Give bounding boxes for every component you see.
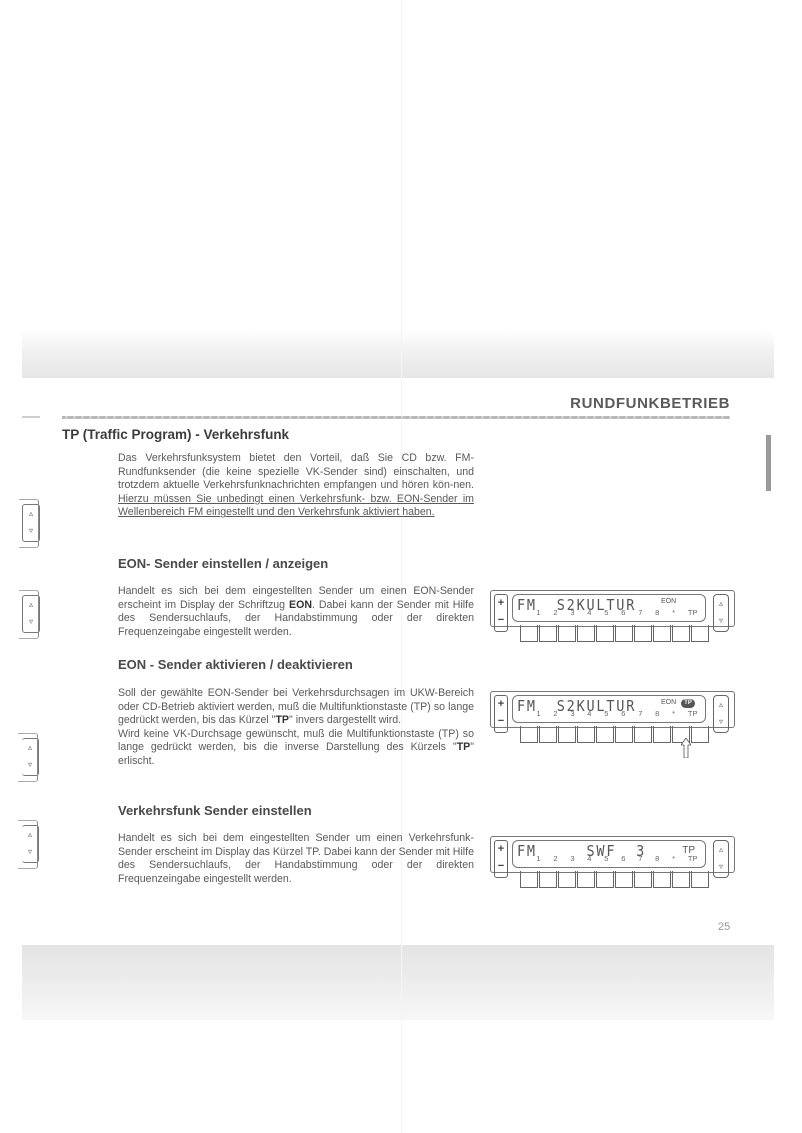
preset-key	[577, 726, 595, 743]
preset-label: 5	[604, 854, 608, 863]
preset-label: 3	[570, 608, 574, 617]
radio-display-tp-inverse: +− FM S2KULTUR EON TP 12345678*TP ▵▿	[490, 691, 735, 753]
paragraph-eon-aktivieren: Soll der gewählte EON-Sender bei Verkehr…	[118, 687, 474, 769]
preset-key	[691, 625, 709, 642]
preset-key	[539, 625, 557, 642]
heading-verkehrsfunk-einstellen: Verkehrsfunk Sender einstellen	[118, 803, 312, 818]
triangle-up-icon: ▵	[22, 826, 38, 843]
preset-key	[539, 726, 557, 743]
preset-label: 1	[536, 854, 540, 863]
header-rule	[62, 416, 730, 419]
radio-display-tp: +− FM SWF 3 TP 12345678*TP ▵▿	[490, 836, 735, 898]
side-updown-button-1: ▵ ▿	[22, 504, 40, 542]
preset-key	[672, 625, 690, 642]
intro-underlined-text: Hierzu müssen Sie unbedingt einen Verkeh…	[118, 493, 474, 519]
triangle-down-icon: ▿	[714, 713, 728, 730]
seek-updown-button: ▵▿	[713, 594, 729, 632]
preset-label: *	[672, 709, 675, 718]
triangle-down-icon: ▿	[22, 756, 38, 773]
preset-label: 5	[604, 608, 608, 617]
preset-key	[596, 625, 614, 642]
preset-label: TP	[688, 608, 698, 617]
preset-label: 4	[587, 854, 591, 863]
preset-label: 4	[587, 709, 591, 718]
preset-key	[558, 726, 576, 743]
preset-key	[653, 871, 671, 888]
preset-key	[615, 726, 633, 743]
preset-label: 1	[536, 608, 540, 617]
preset-labels: 12345678*TP	[512, 854, 704, 863]
preset-label: 4	[587, 608, 591, 617]
heading-eon-einstellen: EON- Sender einstellen / anzeigen	[118, 556, 328, 571]
preset-label: 8	[655, 709, 659, 718]
preset-label: 7	[638, 709, 642, 718]
preset-label: 2	[553, 709, 557, 718]
triangle-up-icon: ▵	[714, 595, 728, 612]
preset-labels: 12345678*TP	[512, 709, 704, 718]
preset-key	[520, 871, 538, 888]
intro-paragraph: Das Verkehrsfunksystem bietet den Vortei…	[118, 452, 474, 520]
preset-label: 7	[638, 608, 642, 617]
radio-display-eon: +− FM S2KULTUR EON 12345678*TP ▵▿	[490, 590, 735, 652]
chapter-tab-marker	[766, 435, 771, 491]
preset-key	[653, 726, 671, 743]
scan-shadow-bottom	[22, 945, 774, 1020]
minus-icon: −	[495, 612, 507, 629]
preset-key	[539, 871, 557, 888]
paragraph-verkehrsfunk-einstellen: Handelt es sich bei dem eingestellten Se…	[118, 832, 474, 886]
plus-icon: +	[495, 841, 507, 858]
preset-key	[615, 625, 633, 642]
preset-key	[691, 871, 709, 888]
tp-inverse-indicator: TP	[681, 699, 695, 708]
volume-plus-minus-button: +−	[494, 695, 508, 733]
text: " invers dargestellt wird.	[289, 714, 401, 726]
triangle-up-icon: ▵	[23, 596, 39, 613]
preset-key	[653, 625, 671, 642]
preset-key	[634, 871, 652, 888]
preset-label: 7	[638, 854, 642, 863]
preset-label: 2	[553, 854, 557, 863]
preset-label: *	[672, 854, 675, 863]
preset-keys	[520, 625, 710, 642]
preset-key	[558, 871, 576, 888]
seek-updown-button: ▵▿	[713, 695, 729, 733]
eon-indicator: EON	[661, 598, 676, 605]
page-title: TP (Traffic Program) - Verkehrsfunk	[62, 427, 289, 442]
preset-key	[634, 625, 652, 642]
preset-label: 2	[553, 608, 557, 617]
triangle-up-icon: ▵	[714, 841, 728, 858]
text: Handelt es sich bei dem eingestellten Se…	[118, 832, 474, 885]
bold-tp: TP	[457, 741, 471, 753]
triangle-down-icon: ▿	[714, 858, 728, 875]
preset-key	[520, 726, 538, 743]
preset-label: *	[672, 608, 675, 617]
section-header: RUNDFUNKBETRIEB	[570, 395, 730, 412]
plus-icon: +	[495, 696, 507, 713]
preset-label: 1	[536, 709, 540, 718]
preset-key	[577, 871, 595, 888]
preset-label: TP	[688, 709, 698, 718]
preset-key	[577, 625, 595, 642]
preset-key	[615, 871, 633, 888]
header-rule-left	[22, 416, 40, 418]
arrow-up-icon	[681, 738, 691, 758]
volume-plus-minus-button: +−	[494, 840, 508, 878]
preset-key	[596, 726, 614, 743]
preset-key	[672, 871, 690, 888]
triangle-up-icon: ▵	[23, 505, 39, 522]
preset-label: 8	[655, 608, 659, 617]
minus-icon: −	[495, 713, 507, 730]
paragraph-eon-einstellen: Handelt es sich bei dem eingestellten Se…	[118, 585, 474, 639]
intro-text: Das Verkehrsfunksystem bietet den Vortei…	[118, 452, 474, 491]
preset-key	[558, 625, 576, 642]
preset-label: 6	[621, 854, 625, 863]
triangle-down-icon: ▿	[23, 613, 39, 630]
plus-icon: +	[495, 595, 507, 612]
preset-label: 6	[621, 709, 625, 718]
volume-plus-minus-button: +−	[494, 594, 508, 632]
eon-indicator: EON	[661, 699, 676, 706]
preset-keys	[520, 871, 710, 888]
side-updown-button-2: ▵ ▿	[22, 595, 40, 633]
bold-eon: EON	[289, 599, 312, 611]
scan-shadow-top	[22, 330, 774, 378]
preset-label: 3	[570, 854, 574, 863]
preset-labels: 12345678*TP	[512, 608, 704, 617]
heading-eon-aktivieren: EON - Sender aktivieren / deaktivieren	[118, 657, 353, 672]
page-number: 25	[718, 921, 730, 933]
preset-key	[596, 871, 614, 888]
triangle-down-icon: ▿	[714, 612, 728, 629]
text: Wird keine VK-Durchsage gewünscht, muß d…	[118, 728, 474, 754]
preset-label: 6	[621, 608, 625, 617]
minus-icon: −	[495, 858, 507, 875]
preset-label: TP	[688, 854, 698, 863]
preset-key	[520, 625, 538, 642]
triangle-up-icon: ▵	[22, 739, 38, 756]
page-fold-line	[401, 0, 402, 1133]
preset-label: 8	[655, 854, 659, 863]
triangle-up-icon: ▵	[714, 696, 728, 713]
side-updown-button-3: ▵ ▿	[22, 738, 39, 776]
triangle-down-icon: ▿	[22, 843, 38, 860]
seek-updown-button: ▵▿	[713, 840, 729, 878]
preset-label: 5	[604, 709, 608, 718]
bold-tp: TP	[275, 714, 289, 726]
triangle-down-icon: ▿	[23, 522, 39, 539]
preset-key	[634, 726, 652, 743]
side-updown-button-4: ▵ ▿	[22, 825, 39, 863]
preset-key	[691, 726, 709, 743]
preset-label: 3	[570, 709, 574, 718]
